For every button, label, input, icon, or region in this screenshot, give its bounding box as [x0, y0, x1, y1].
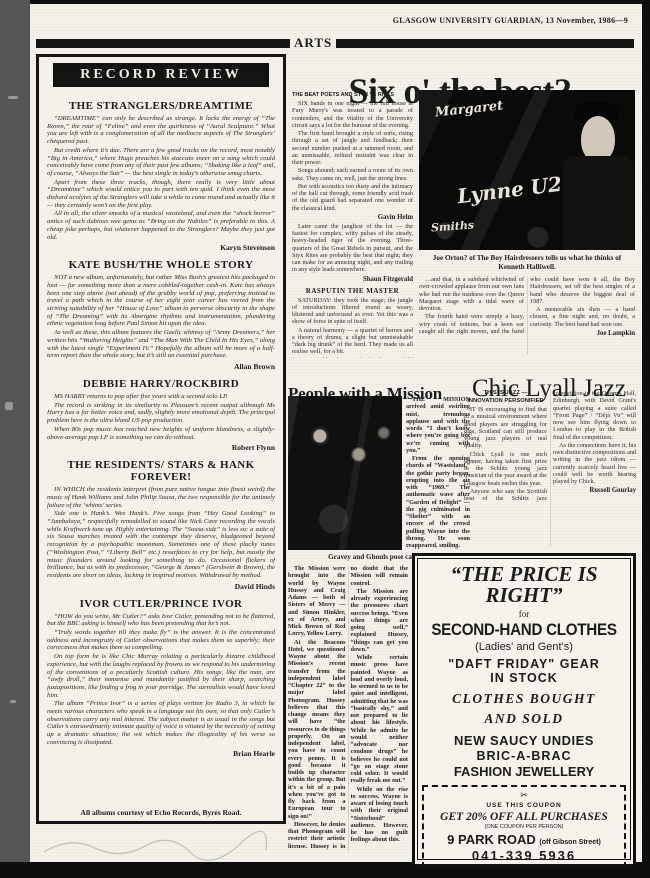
paragraph: When 80s pop music has reached new heigh…: [47, 426, 275, 441]
advert-headline-line2: RIGHT”: [422, 585, 626, 606]
review-byline: Robert Flynn: [47, 443, 275, 452]
advert-and-sold: AND SOLD: [422, 711, 626, 727]
review-heading: KATE BUSH/THE WHOLE STORY: [47, 259, 275, 271]
graffiti-text: Margaret: [434, 98, 504, 120]
lead-subhead: THE BEAT POETS AND STYX W. RITES: [292, 92, 416, 98]
paragraph: Later came the jangliest of the lot — th…: [292, 223, 413, 274]
paragraph: At the Beacons Hotel, we questioned Wayn…: [288, 639, 346, 820]
review-text: MS HARRY returns to pop after five years…: [47, 393, 275, 441]
review-heading: DEBBIE HARRY/ROCKBIRD: [47, 378, 275, 390]
paragraph: While certain music press have painted W…: [351, 654, 409, 785]
advert-for: for: [422, 609, 626, 619]
jazz-text: IT IS encouraging to find that in a musi…: [464, 390, 636, 502]
review-residents: THE RESIDENTS/ STARS & HANK FOREVER! IN …: [47, 459, 275, 590]
advert-saucy-undies: NEW SAUCY UNDIES: [422, 733, 626, 748]
paragraph: The Mission were brought into the world …: [288, 565, 346, 638]
mission-band-photo: [288, 396, 402, 550]
masthead: GLASGOW UNIVERSITY GUARDIAN, 13 November…: [393, 16, 628, 25]
paragraph: MS HARRY returns to pop after five years…: [47, 393, 275, 401]
paragraph: …and that, in a subdued whirlwind of ove…: [419, 276, 524, 312]
review-text: IN WHICH the residents interpret (from p…: [47, 486, 275, 579]
review-heading: IVOR CUTLER/PRINCE IVOR: [47, 598, 275, 610]
paragraph: All in all, the silver smocks of a music…: [47, 210, 275, 241]
scissors-icon: ✂: [426, 790, 622, 801]
paragraph: IT IS encouraging to find that in a musi…: [464, 406, 547, 450]
graffiti-text: Smiths: [431, 219, 475, 235]
lead-text: SIX bands in one night — the full house …: [292, 100, 413, 212]
newspaper-page: GLASGOW UNIVERSITY GUARDIAN, 13 November…: [30, 4, 642, 862]
paragraph: But with acoustics too dusty and the int…: [292, 183, 413, 212]
paragraph: NOT a new album, unfortunately, but rath…: [47, 274, 275, 328]
coupon-per-person: (ONE COUPON PER PERSON): [426, 824, 622, 830]
review-debbie-harry: DEBBIE HARRY/ROCKBIRD MS HARRY returns t…: [47, 378, 275, 452]
review-kate-bush: KATE BUSH/THE WHOLE STORY NOT a new albu…: [47, 259, 275, 371]
mission-main-columns: The Mission were brought into the world …: [288, 565, 408, 853]
lead-byline-1: Gavin Helm: [292, 214, 413, 221]
review-ivor-cutler: IVOR CUTLER/PRINCE IVOR “HOW do you writ…: [47, 598, 275, 758]
coupon-address-street: 9 PARK ROAD: [447, 832, 536, 847]
mission-side-column: THE MISSION arrived amid swirling mist, …: [406, 396, 470, 550]
scan-artifact: [10, 700, 16, 703]
jazz-standfirst-1: THIS IS JAZZ —: [464, 390, 547, 396]
advert-in-stock: IN STOCK: [422, 671, 626, 685]
advert-secondhand-clothes: SECOND-HAND CLOTHES: [430, 621, 618, 640]
torso-shape: [563, 156, 633, 250]
review-byline: David Hinds: [47, 582, 275, 591]
mission-text: The Mission were brought into the world …: [288, 565, 408, 853]
record-review-title: RECORD REVIEW: [53, 63, 269, 87]
paragraph: As well as these, this album features th…: [47, 329, 275, 360]
graffiti-text: Lynne U2: [456, 172, 563, 209]
newspaper-scan: { "masthead": "GLASGOW UNIVERSITY GUARDI…: [0, 0, 650, 878]
coupon-use-label: USE THIS COUPON: [426, 802, 622, 809]
advert-headline-line1: “THE PRICE IS: [422, 564, 626, 585]
paragraph: As the connections have it, his own dist…: [553, 442, 636, 486]
advert-clothes-bought: CLOTHES BOUGHT: [422, 691, 626, 707]
lead-text-right: …and that, in a subdued whirlwind of ove…: [419, 276, 635, 337]
review-text: NOT a new album, unfortunately, but rath…: [47, 274, 275, 360]
paragraph: A memorable six then — a band chosen, a …: [530, 306, 635, 328]
paragraph: On top form he is like Chic Murray relat…: [47, 653, 275, 699]
advert-inner: “THE PRICE IS RIGHT” for SECOND-HAND CLO…: [417, 558, 631, 860]
banner-rule-left: [36, 39, 290, 48]
mission-text-intro: THE MISSION arrived amid swirling mist, …: [406, 396, 470, 549]
paragraph: THE MISSION arrived amid swirling mist, …: [406, 396, 470, 454]
review-text: “HOW do you write, Mr Cutler?” asks Ivor…: [47, 613, 275, 747]
lead-photo-caption: Joe Orton? of The Boy Hairdressers tells…: [419, 254, 635, 273]
coupon-address: 9 PARK ROAD (off Gibson Street): [426, 832, 622, 847]
jazz-byline: Russell Gourlay: [553, 487, 636, 494]
banner-rule-right: [336, 39, 634, 48]
review-heading: THE STRANGLERS/DREAMTIME: [47, 100, 275, 112]
review-stranglers: THE STRANGLERS/DREAMTIME “DREAMTIME” can…: [47, 100, 275, 252]
arts-section-banner: ARTS: [36, 37, 634, 49]
coupon-address-note: (off Gibson Street): [539, 839, 600, 846]
boy-hairdressers-photo: Margaret Lynne U2 Smiths: [419, 90, 635, 250]
paragraph: Songs abound; each earned a room of its …: [292, 167, 413, 182]
review-text: “DREAMTIME” can only be described as str…: [47, 115, 275, 241]
review-byline: Brian Hearle: [47, 749, 275, 758]
paragraph: The first band brought a style of sorts,…: [292, 130, 413, 166]
secondhand-clothes-advert: “THE PRICE IS RIGHT” for SECOND-HAND CLO…: [412, 553, 636, 867]
lead-text-2: Later came the jangliest of the lot — th…: [292, 223, 413, 274]
record-review-box: RECORD REVIEW THE STRANGLERS/DREAMTIME “…: [36, 54, 286, 824]
advert-daft-friday: "DAFT FRIDAY" GEAR: [422, 657, 626, 671]
scan-artifact: [8, 96, 18, 99]
paragraph: Side one is Hank’s. Wee Hank’s. Five son…: [47, 510, 275, 579]
coupon-offer: GET 20% OFF ALL PURCHASES: [426, 811, 622, 823]
lead-article-continuation: …and that, in a subdued whirlwind of ove…: [419, 276, 635, 354]
advert-ladies-gents: (Ladies' and Gent's): [422, 641, 626, 653]
review-byline: Allan Brown: [47, 362, 275, 371]
paragraph: “Truly words together till they make fly…: [47, 629, 275, 652]
coupon-phone: 041-339 5936: [426, 848, 622, 863]
paragraph: SIX bands in one night — the full house …: [292, 100, 413, 129]
review-heading: THE RESIDENTS/ STARS & HANK FOREVER!: [47, 459, 275, 483]
paragraph: (organised by The Friends of Kelvin, Ren…: [292, 357, 413, 359]
paragraph: “DREAMTIME” can only be described as str…: [47, 115, 275, 146]
paragraph: “HOW do you write, Mr Cutler?” asks Ivor…: [47, 613, 275, 628]
paragraph: SATURDAY: they took the stage; the jangl…: [292, 297, 413, 326]
discount-coupon: ✂ USE THIS COUPON GET 20% OFF ALL PURCHA…: [422, 785, 626, 867]
paragraph: Apart from these three tracks, though, t…: [47, 179, 275, 210]
lead-byline-3: Joe Lampkin: [530, 330, 635, 337]
advert-bric-a-brac: BRIC-A-BRAC: [422, 749, 626, 763]
lead-byline-2: Shaun Fitzgerald: [292, 276, 413, 283]
arts-label: ARTS: [290, 37, 336, 49]
record-review-footer: All albums courtesy of Echo Records, Byr…: [47, 804, 275, 817]
pencil-scribble: [40, 828, 270, 862]
paragraph: But credit where it’s due. There are a f…: [47, 147, 275, 178]
jazz-article-columns: THIS IS JAZZ — INNOVATION PERSONIFIED IT…: [464, 390, 636, 546]
jazz-standfirst-2: INNOVATION PERSONIFIED: [464, 398, 547, 404]
advert-fashion-jewellery: FASHION JEWELLERY: [422, 764, 626, 779]
paragraph: The record is striking in its similarity…: [47, 402, 275, 425]
paragraph: While on the rise to success, Wayne is a…: [351, 786, 409, 844]
record-review-body: THE STRANGLERS/DREAMTIME “DREAMTIME” can…: [47, 93, 275, 804]
scan-left-margin: [0, 0, 30, 862]
paragraph: The album “Prince Ivor” is a series of p…: [47, 700, 275, 746]
scan-artifact: [5, 402, 13, 410]
paragraph: IN WHICH the residents interpret (from p…: [47, 486, 275, 509]
lead-subhead-2: RASPUTIN THE MASTER: [292, 287, 413, 295]
lead-article-column: SIX bands in one night — the full house …: [292, 100, 413, 358]
review-byline: Karyn Stevenson: [47, 243, 275, 252]
paragraph: The Mission are already experiencing the…: [351, 588, 409, 653]
paragraph: A natural harmony — a quartet of heroes …: [292, 327, 413, 356]
paragraph: From the opening chords of “Wasteland,” …: [406, 455, 470, 549]
paragraph: Chick Lyall is one such winner, having t…: [464, 451, 547, 487]
lead-text-3: SATURDAY: they took the stage; the jangl…: [292, 297, 413, 359]
